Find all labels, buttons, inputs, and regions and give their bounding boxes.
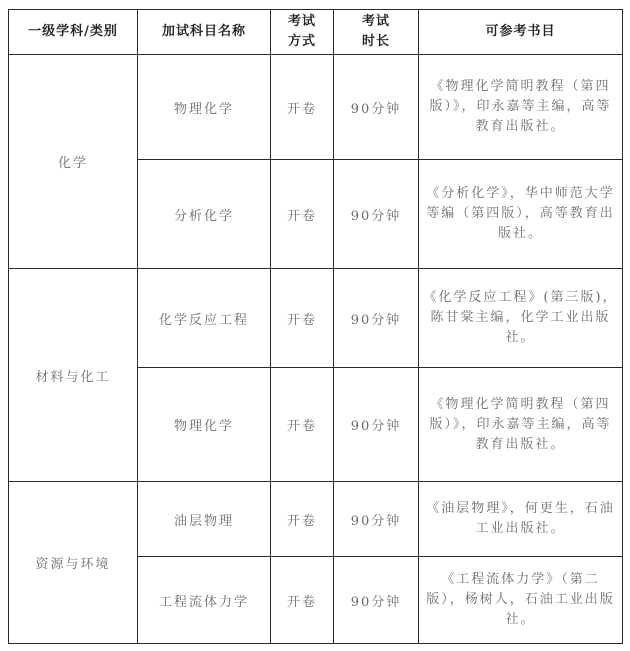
subject-cell: 油层物理 [138,482,271,557]
header-duration: 考试 时长 [334,10,419,55]
header-exam-mode-line1: 考试 [275,12,329,32]
reference-cell: 《工程流体力学》（第二版），杨树人，石油工业出版社。 [419,557,623,644]
mode-cell: 开卷 [271,55,334,160]
header-row: 一级学科/类别 加试科目名称 考试 方式 考试 时长 可参考书目 [9,10,623,55]
header-references: 可参考书目 [419,10,623,55]
reference-cell: 《油层物理》，何更生，石油工业出版社。 [419,482,623,557]
subject-cell: 物理化学 [138,368,271,482]
mode-cell: 开卷 [271,368,334,482]
mode-cell: 开卷 [271,557,334,644]
duration-cell: 90分钟 [334,368,419,482]
duration-cell: 90分钟 [334,557,419,644]
header-subject: 加试科目名称 [138,10,271,55]
table-row: 资源与环境 油层物理 开卷 90分钟 《油层物理》，何更生，石油工业出版社。 [9,482,623,557]
subject-cell: 分析化学 [138,160,271,269]
mode-cell: 开卷 [271,160,334,269]
header-exam-mode: 考试 方式 [271,10,334,55]
table-row: 化学 物理化学 开卷 90分钟 《物理化学简明教程（第四版）》，印永嘉等主编，高… [9,55,623,160]
reference-cell: 《物理化学简明教程（第四版）》，印永嘉等主编，高等教育出版社。 [419,368,623,482]
header-duration-line2: 时长 [338,32,414,52]
header-discipline: 一级学科/类别 [9,10,138,55]
mode-cell: 开卷 [271,482,334,557]
subject-cell: 物理化学 [138,55,271,160]
discipline-cell: 材料与化工 [9,269,138,482]
table-row: 材料与化工 化学反应工程 开卷 90分钟 《化学反应工程》(第三版)，陈甘棠主编… [9,269,623,368]
duration-cell: 90分钟 [334,482,419,557]
exam-subjects-table: 一级学科/类别 加试科目名称 考试 方式 考试 时长 可参考书目 化学 物理化学… [8,9,623,644]
discipline-cell: 资源与环境 [9,482,138,644]
duration-cell: 90分钟 [334,269,419,368]
reference-cell: 《化学反应工程》(第三版)，陈甘棠主编，化学工业出版社。 [419,269,623,368]
reference-cell: 《分析化学》，华中师范大学等编（第四版），高等教育出版社。 [419,160,623,269]
duration-cell: 90分钟 [334,55,419,160]
header-exam-mode-line2: 方式 [275,32,329,52]
subject-cell: 工程流体力学 [138,557,271,644]
reference-cell: 《物理化学简明教程（第四版）》，印永嘉等主编，高等教育出版社。 [419,55,623,160]
duration-cell: 90分钟 [334,160,419,269]
header-duration-line1: 考试 [338,12,414,32]
discipline-cell: 化学 [9,55,138,269]
mode-cell: 开卷 [271,269,334,368]
subject-cell: 化学反应工程 [138,269,271,368]
